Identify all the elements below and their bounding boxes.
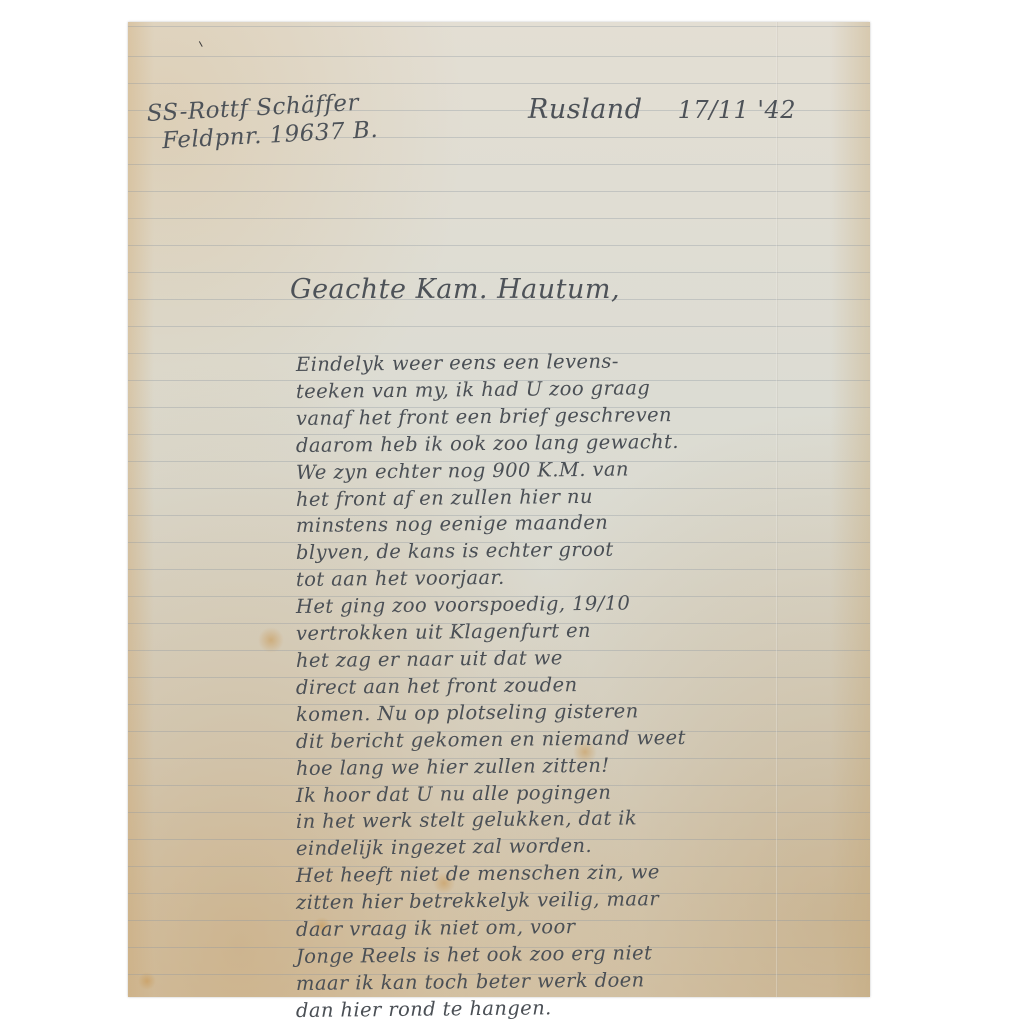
letter-date: 17/11 '42 [678,96,796,124]
salutation: Geachte Kam. Hautum, [290,274,620,306]
letter-line: tot aan het voorjaar. [296,563,686,594]
letter-line: vertrokken uit Klagenfurt en [296,617,686,648]
place-and-date: Rusland 17/11 '42 [528,94,796,126]
letter-line: dit bericht gekomen en niemand weet [296,725,686,756]
letter-line: daar vraag ik niet om, voor [296,913,686,944]
letter-sheet: SS-Rottf Schäffer Feldpnr. 19637 B. Rusl… [128,22,870,997]
letter-line: komen. Nu op plotseling gisteren [296,698,686,729]
foxing-stain [138,972,156,990]
letter-line: zitten hier betrekkelyk veilig, maar [296,886,686,917]
letter-line: Het ging zoo voorspoedig, 19/10 [296,590,686,621]
letter-place: Rusland [528,94,642,125]
letter-line: We zyn echter nog 900 K.M. van [296,456,686,487]
letter-line: teeken van my, ik had U zoo graag [296,375,686,406]
foxing-stain [258,627,284,653]
letter-line: Jonge Reels is het ook zoo erg niet [296,940,686,971]
letter-line: dan hier rond te hangen. [296,994,686,1024]
letter-line: hoe lang we hier zullen zitten! [296,752,686,783]
letter-line: direct aan het front zouden [296,671,686,702]
letter-line: het zag er naar uit dat we [296,644,686,675]
paper-fold-crease [776,22,778,997]
letter-line: daarom heb ik ook zoo lang gewacht. [296,429,686,460]
letter-line: Eindelyk weer eens een levens- [296,348,686,379]
letter-body: Eindelyk weer eens een levens-teeken van… [296,352,686,1024]
letter-line: Het heeft niet de menschen zin, we [296,859,686,890]
letter-line: vanaf het front een brief geschreven [296,402,686,433]
letter-line: maar ik kan toch beter werk doen [296,967,686,998]
